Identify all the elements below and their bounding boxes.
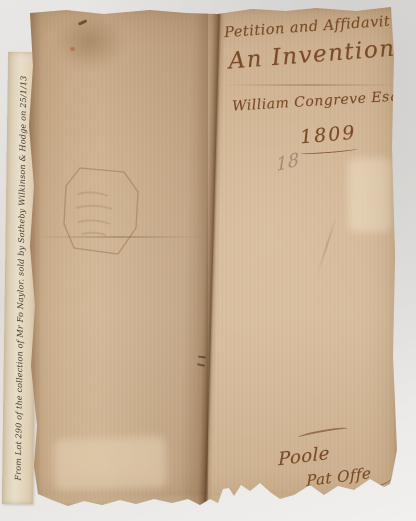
embossed-stamp (60, 164, 144, 264)
author-name-suffix: r (399, 88, 404, 98)
pen-flourish (371, 472, 395, 487)
crease-right-panel (224, 84, 396, 86)
rust-spot (70, 47, 75, 51)
office-name: Poole (278, 443, 330, 470)
provenance-note: From Lot 290 of the collection of Mr Fo … (13, 54, 28, 502)
pencil-mark: 18 (276, 149, 300, 176)
repair-patch-bottom-left (53, 436, 167, 492)
scratch-mark (316, 215, 337, 275)
document-photo: From Lot 290 of the collection of Mr Fo … (0, 0, 416, 521)
author-line: William Congreve Esqr (232, 88, 397, 115)
author-name: William Congreve Esq (232, 88, 400, 114)
year: 1809 (299, 122, 357, 149)
title-line-2: An Invention (227, 35, 397, 74)
stain-top-left (54, 14, 126, 70)
office-dept: Pat Offe (306, 464, 371, 490)
ink-dash-mark (298, 426, 348, 441)
paper: Petition and Affidavit for An Invention … (26, 6, 398, 506)
repair-patch-right (348, 158, 392, 232)
year-underline (300, 147, 358, 155)
